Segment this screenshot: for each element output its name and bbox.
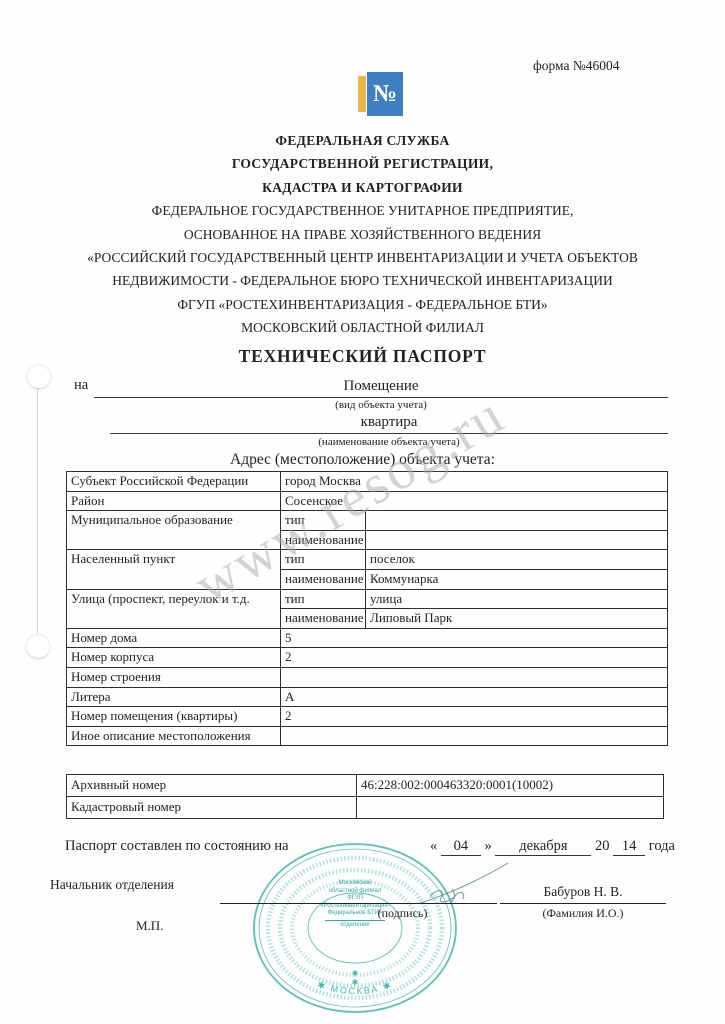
row-label: Номер дома	[67, 628, 281, 648]
org-line: «РОССИЙСКИЙ ГОСУДАРСТВЕННЫЙ ЦЕНТР ИНВЕНТ…	[30, 246, 695, 269]
table-row: Муниципальное образование тип	[67, 511, 668, 531]
table-row: Субъект Российской Федерации город Москв…	[67, 472, 668, 492]
object-kind-caption: (вид объекта учета)	[94, 399, 668, 411]
row-value	[357, 797, 664, 819]
table-row: Литера А	[67, 687, 668, 707]
table-row: Кадастровый номер	[67, 797, 664, 819]
stamp-line: Московский	[295, 880, 415, 888]
stamp-line: ФГУП	[295, 895, 415, 903]
row-label: Архивный номер	[67, 775, 357, 797]
org-line: МОСКОВСКИЙ ОБЛАСТНОЙ ФИЛИАЛ	[30, 316, 695, 339]
row-value: Сосенское	[281, 491, 668, 511]
name-value: Коммунарка	[366, 569, 668, 589]
organization-header: ФЕДЕРАЛЬНАЯ СЛУЖБА ГОСУДАРСТВЕННОЙ РЕГИС…	[30, 129, 695, 340]
row-label: Иное описание местоположения	[67, 726, 281, 746]
name-label: наименование	[281, 530, 366, 550]
table-row: Номер помещения (квартиры) 2	[67, 707, 668, 727]
address-section-heading: Адрес (местоположение) объекта учета:	[30, 451, 695, 469]
org-line: КАДАСТРА И КАРТОГРАФИИ	[30, 176, 695, 199]
name-value	[366, 530, 668, 550]
org-line: ОСНОВАННОЕ НА ПРАВЕ ХОЗЯЙСТВЕННОГО ВЕДЕН…	[30, 223, 695, 246]
row-value	[281, 726, 668, 746]
row-value: А	[281, 687, 668, 707]
stamp-line: отделение	[295, 922, 415, 930]
binding-crease	[37, 388, 38, 634]
row-label: Номер помещения (квартиры)	[67, 707, 281, 727]
punch-hole	[27, 364, 51, 388]
type-label: тип	[281, 550, 366, 570]
stamp-center-text: Московский областной филиал ФГУП «Ростех…	[295, 880, 415, 929]
table-row: Архивный номер 46:228:002:000463320:0001…	[67, 775, 664, 797]
handwritten-signature	[400, 855, 530, 925]
date-month: декабря	[495, 838, 591, 856]
object-name-field: квартира	[110, 414, 668, 434]
row-label: Номер корпуса	[67, 648, 281, 668]
punch-hole	[26, 634, 50, 658]
row-label: Субъект Российской Федерации	[67, 472, 281, 492]
type-label: тип	[281, 511, 366, 531]
stamp-asterisks: ✱	[352, 969, 359, 978]
stamp-line: областной филиал	[295, 888, 415, 896]
table-row: Номер дома 5	[67, 628, 668, 648]
row-value	[281, 667, 668, 687]
org-line: ГОСУДАРСТВЕННОЙ РЕГИСТРАЦИИ,	[30, 152, 695, 175]
name-label: наименование	[281, 569, 366, 589]
official-title: Начальник отделения	[50, 877, 174, 893]
address-table: Субъект Российской Федерации город Москв…	[66, 471, 668, 746]
org-line: НЕДВИЖИМОСТИ - ФЕДЕРАЛЬНОЕ БЮРО ТЕХНИЧЕС…	[30, 269, 695, 292]
logo-numero-icon: №	[367, 72, 403, 116]
type-value: поселок	[366, 550, 668, 570]
name-value: Липовый Парк	[366, 609, 668, 629]
object-name-caption: (наименование объекта учета)	[110, 436, 668, 448]
type-value: улица	[366, 589, 668, 609]
row-label: Населенный пункт	[67, 550, 281, 589]
quote-close: »	[485, 838, 492, 854]
org-line: ФГУП «РОСТЕХИНВЕНТАРИЗАЦИЯ - ФЕДЕРАЛЬНОЕ…	[30, 293, 695, 316]
logo-yellow-bar-icon	[358, 76, 366, 112]
row-label: Улица (проспект, переулок и т.д.	[67, 589, 281, 628]
date-century: 20	[595, 838, 610, 854]
table-row: Населенный пункт тип поселок	[67, 550, 668, 570]
row-label: Район	[67, 491, 281, 511]
date-suffix: года	[649, 838, 675, 854]
numbers-table: Архивный номер 46:228:002:000463320:0001…	[66, 774, 664, 819]
table-row: Номер корпуса 2	[67, 648, 668, 668]
type-label: тип	[281, 589, 366, 609]
subject-prefix: на	[74, 377, 88, 394]
document-page: форма №46004 № ФЕДЕРАЛЬНАЯ СЛУЖБА ГОСУДА…	[0, 0, 725, 1024]
row-label: Литера	[67, 687, 281, 707]
row-value: 2	[281, 707, 668, 727]
document-title: ТЕХНИЧЕСКИЙ ПАСПОРТ	[30, 346, 695, 367]
type-value	[366, 511, 668, 531]
row-value: 46:228:002:000463320:0001(10002)	[357, 775, 664, 797]
stamp-asterisks: ✱	[352, 978, 359, 987]
row-value: 2	[281, 648, 668, 668]
row-value: город Москва	[281, 472, 668, 492]
object-kind-field: Помещение	[94, 378, 668, 398]
table-row: Район Сосенское	[67, 491, 668, 511]
table-row: Улица (проспект, переулок и т.д. тип ули…	[67, 589, 668, 609]
row-value: 5	[281, 628, 668, 648]
org-line: ФЕДЕРАЛЬНОЕ ГОСУДАРСТВЕННОЕ УНИТАРНОЕ ПР…	[30, 199, 695, 222]
form-number: форма №46004	[533, 58, 620, 74]
date-year: 14	[613, 838, 645, 856]
bti-logo: №	[358, 72, 404, 116]
compiled-date: « 04 » декабря 20 14 года	[430, 838, 675, 856]
row-label: Номер строения	[67, 667, 281, 687]
row-label: Муниципальное образование	[67, 511, 281, 550]
name-label: наименование	[281, 609, 366, 629]
seal-placeholder: М.П.	[136, 918, 163, 934]
table-row: Номер строения	[67, 667, 668, 687]
row-label: Кадастровый номер	[67, 797, 357, 819]
org-line: ФЕДЕРАЛЬНАЯ СЛУЖБА	[30, 129, 695, 152]
table-row: Иное описание местоположения	[67, 726, 668, 746]
